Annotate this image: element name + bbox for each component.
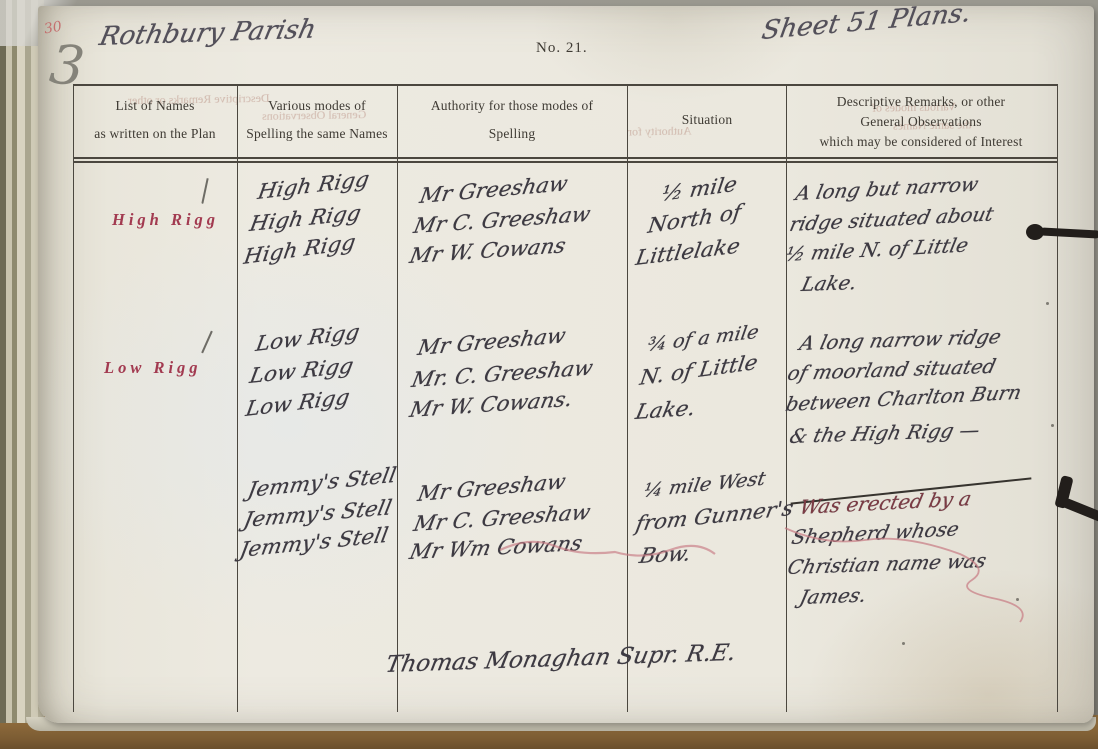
situation-line: Lake.	[633, 396, 698, 424]
margin-numeral: 3	[47, 32, 88, 98]
table-left-rule	[73, 84, 74, 712]
header-col-spelling-modes: Various modes of	[268, 98, 366, 114]
header-col-remarks: which may be considered of Interest	[819, 134, 1022, 150]
header-bottom-rule-1	[73, 157, 1057, 159]
header-col-spelling-modes: Spelling the same Names	[246, 126, 387, 142]
header-col-authority: Authority for those modes of	[431, 98, 593, 114]
header-top-rule	[73, 84, 1057, 86]
remarks-line: James.	[797, 584, 869, 609]
header-bottom-rule-2	[73, 161, 1057, 163]
ink-speck	[1016, 598, 1019, 601]
ink-speck	[902, 642, 905, 645]
ink-speck	[1046, 302, 1049, 305]
header-col-names: List of Names	[115, 98, 194, 114]
column-divider-1	[237, 84, 238, 712]
stamped-name: High Rigg	[112, 210, 219, 230]
header-col-remarks: General Observations	[860, 114, 981, 130]
table-right-rule	[1057, 84, 1058, 712]
situation-line: Bow.	[637, 541, 694, 568]
header-col-situation: Situation	[682, 112, 733, 128]
stamped-name: Low Rigg	[104, 358, 202, 378]
page-number: No. 21.	[536, 40, 588, 57]
column-divider-2	[397, 84, 398, 712]
header-col-authority: Spelling	[489, 126, 536, 142]
column-divider-3	[627, 84, 628, 712]
header-col-remarks: Descriptive Remarks, or other	[837, 94, 1006, 110]
header-col-names: as written on the Plan	[94, 126, 215, 142]
remarks-line: Lake.	[799, 271, 859, 296]
photo-canvas: 30 3 Rothbury Parish No. 21. Sheet 51 Pl…	[0, 0, 1098, 749]
ink-speck	[1051, 424, 1054, 427]
